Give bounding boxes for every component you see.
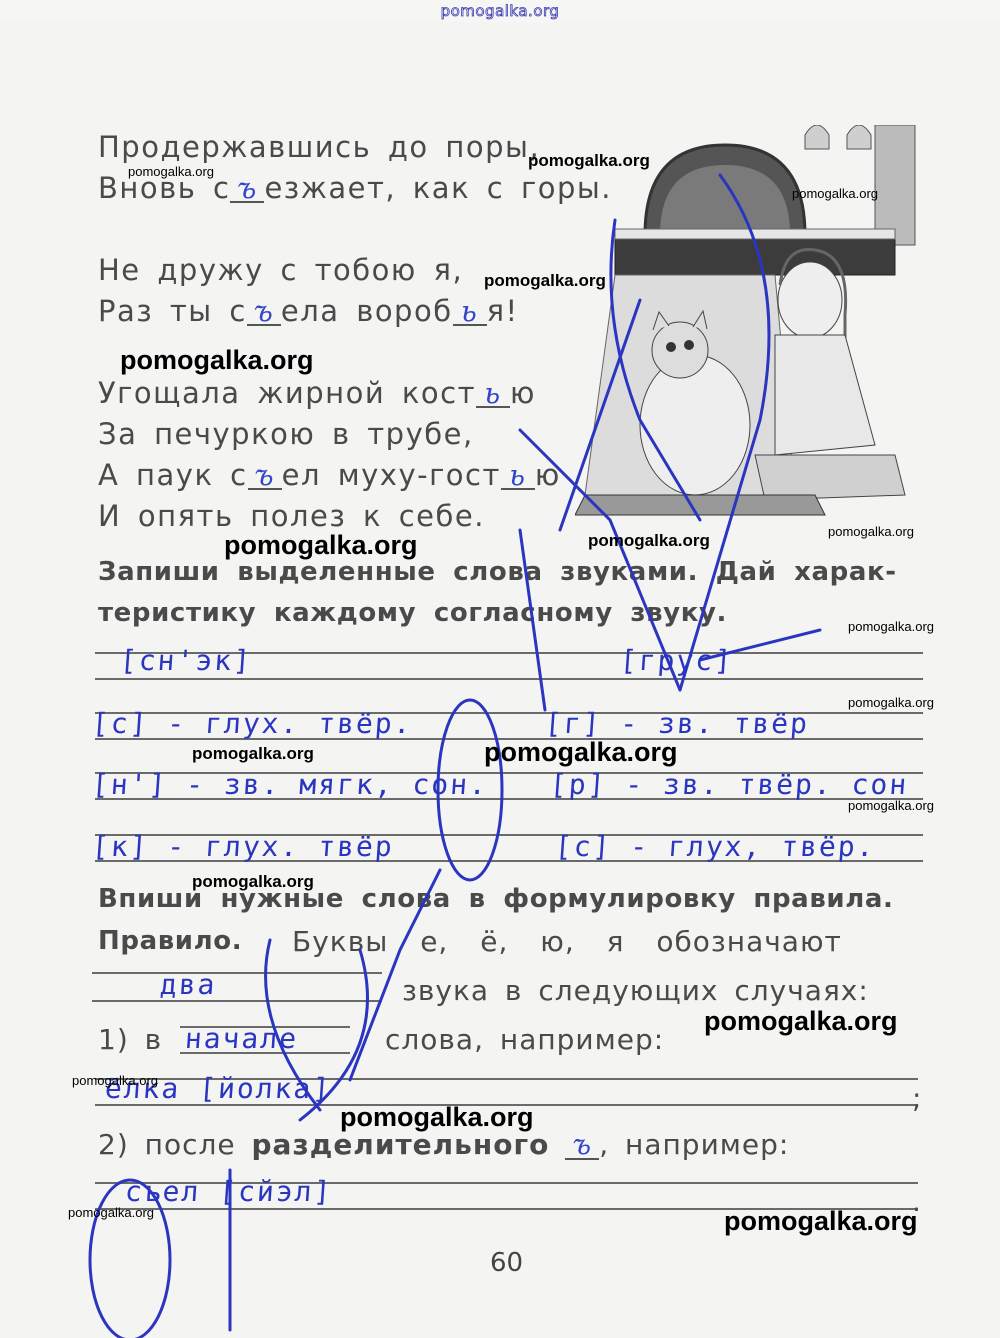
watermark[interactable]: pomogalka.org [192, 744, 314, 764]
watermark[interactable]: pomogalka.org [340, 1102, 534, 1133]
task1-heading-line2: теристику каждому согласному звуку. [98, 598, 727, 628]
transcription-answer-2[interactable]: [грус] [619, 644, 734, 677]
watermark[interactable]: pomogalka.org [484, 271, 606, 291]
answer-blank[interactable]: ь [501, 462, 535, 490]
watermark[interactable]: pomogalka.org [588, 531, 710, 551]
count-answer[interactable]: два [159, 968, 218, 1001]
watermark[interactable]: pomogalka.org [848, 798, 934, 813]
writing-line [92, 972, 382, 974]
answer-blank[interactable]: ь [476, 380, 510, 408]
rule-label: Правило. [98, 926, 242, 956]
watermark[interactable]: pomogalka.org [704, 1006, 898, 1037]
watermark[interactable]: pomogalka.org [724, 1206, 918, 1237]
case1-end: ; [912, 1082, 922, 1115]
poem-line: Не дружу с тобою я, [98, 253, 463, 287]
watermark[interactable]: pomogalka.org [528, 151, 650, 171]
answer-blank[interactable]: ь [453, 298, 487, 326]
transcription-answer-1[interactable]: [сн'эк] [119, 644, 253, 677]
site-watermark-top[interactable]: pomogalka.org [0, 2, 1000, 20]
watermark[interactable]: pomogalka.org [72, 1073, 158, 1088]
page-number: 60 [490, 1248, 523, 1278]
poem-line: Раз ты съела воробья! [98, 294, 519, 328]
watermark[interactable]: pomogalka.org [68, 1205, 154, 1220]
answer-blank[interactable]: ъ [247, 298, 281, 326]
case1-prefix: 1) в [98, 1023, 162, 1056]
sound-characteristic[interactable]: [с] - глух. твёр. [91, 707, 414, 740]
sound-characteristic[interactable]: [к] - глух. твёр [91, 830, 395, 863]
sound-characteristic[interactable]: [н'] - зв. мягк, сон. [91, 768, 489, 801]
writing-line [92, 1000, 382, 1002]
case1-suffix: слова, например: [385, 1023, 664, 1056]
sound-characteristic[interactable]: [с] - глух, твёр. [554, 830, 877, 863]
case2-example[interactable]: съел [сйэл] [124, 1175, 334, 1208]
poem-line: А паук съел муху-гостью [98, 458, 561, 492]
sound-characteristic[interactable]: [г] - зв. твёр [544, 707, 810, 740]
writing-line [95, 678, 923, 680]
watermark[interactable]: pomogalka.org [848, 695, 934, 710]
watermark[interactable]: pomogalka.org [120, 345, 314, 376]
answer-blank[interactable]: ъ [248, 462, 282, 490]
watermark[interactable]: pomogalka.org [484, 737, 678, 768]
watermark[interactable]: pomogalka.org [828, 524, 914, 539]
watermark[interactable]: pomogalka.org [848, 619, 934, 634]
poem-line: Продержавшись до поры, [98, 130, 540, 164]
watermark[interactable]: pomogalka.org [192, 872, 314, 892]
poem-line: За печуркою в трубе, [98, 417, 474, 451]
rule-text: Буквы е, ё, ю, я обозначают [292, 925, 842, 958]
watermark[interactable]: pomogalka.org [792, 186, 878, 201]
poem-line: И опять полез к себе. [98, 499, 485, 533]
poem-line: Угощала жирной костью [98, 376, 536, 410]
task1-heading-line1: Запиши выделенные слова звуками. Дай хар… [98, 557, 897, 587]
rule-text-continued: звука в следующих случаях: [402, 974, 869, 1007]
watermark[interactable]: pomogalka.org [224, 530, 418, 561]
answer-blank[interactable]: ъ [565, 1132, 599, 1160]
watermark[interactable]: pomogalka.org [128, 164, 214, 179]
case1-answer[interactable]: начале [184, 1022, 299, 1055]
sound-characteristic[interactable]: [р] - зв. твёр. сон [549, 768, 910, 801]
answer-blank[interactable]: ъ [230, 175, 264, 203]
stove-girl-cat-illustration [575, 125, 925, 525]
